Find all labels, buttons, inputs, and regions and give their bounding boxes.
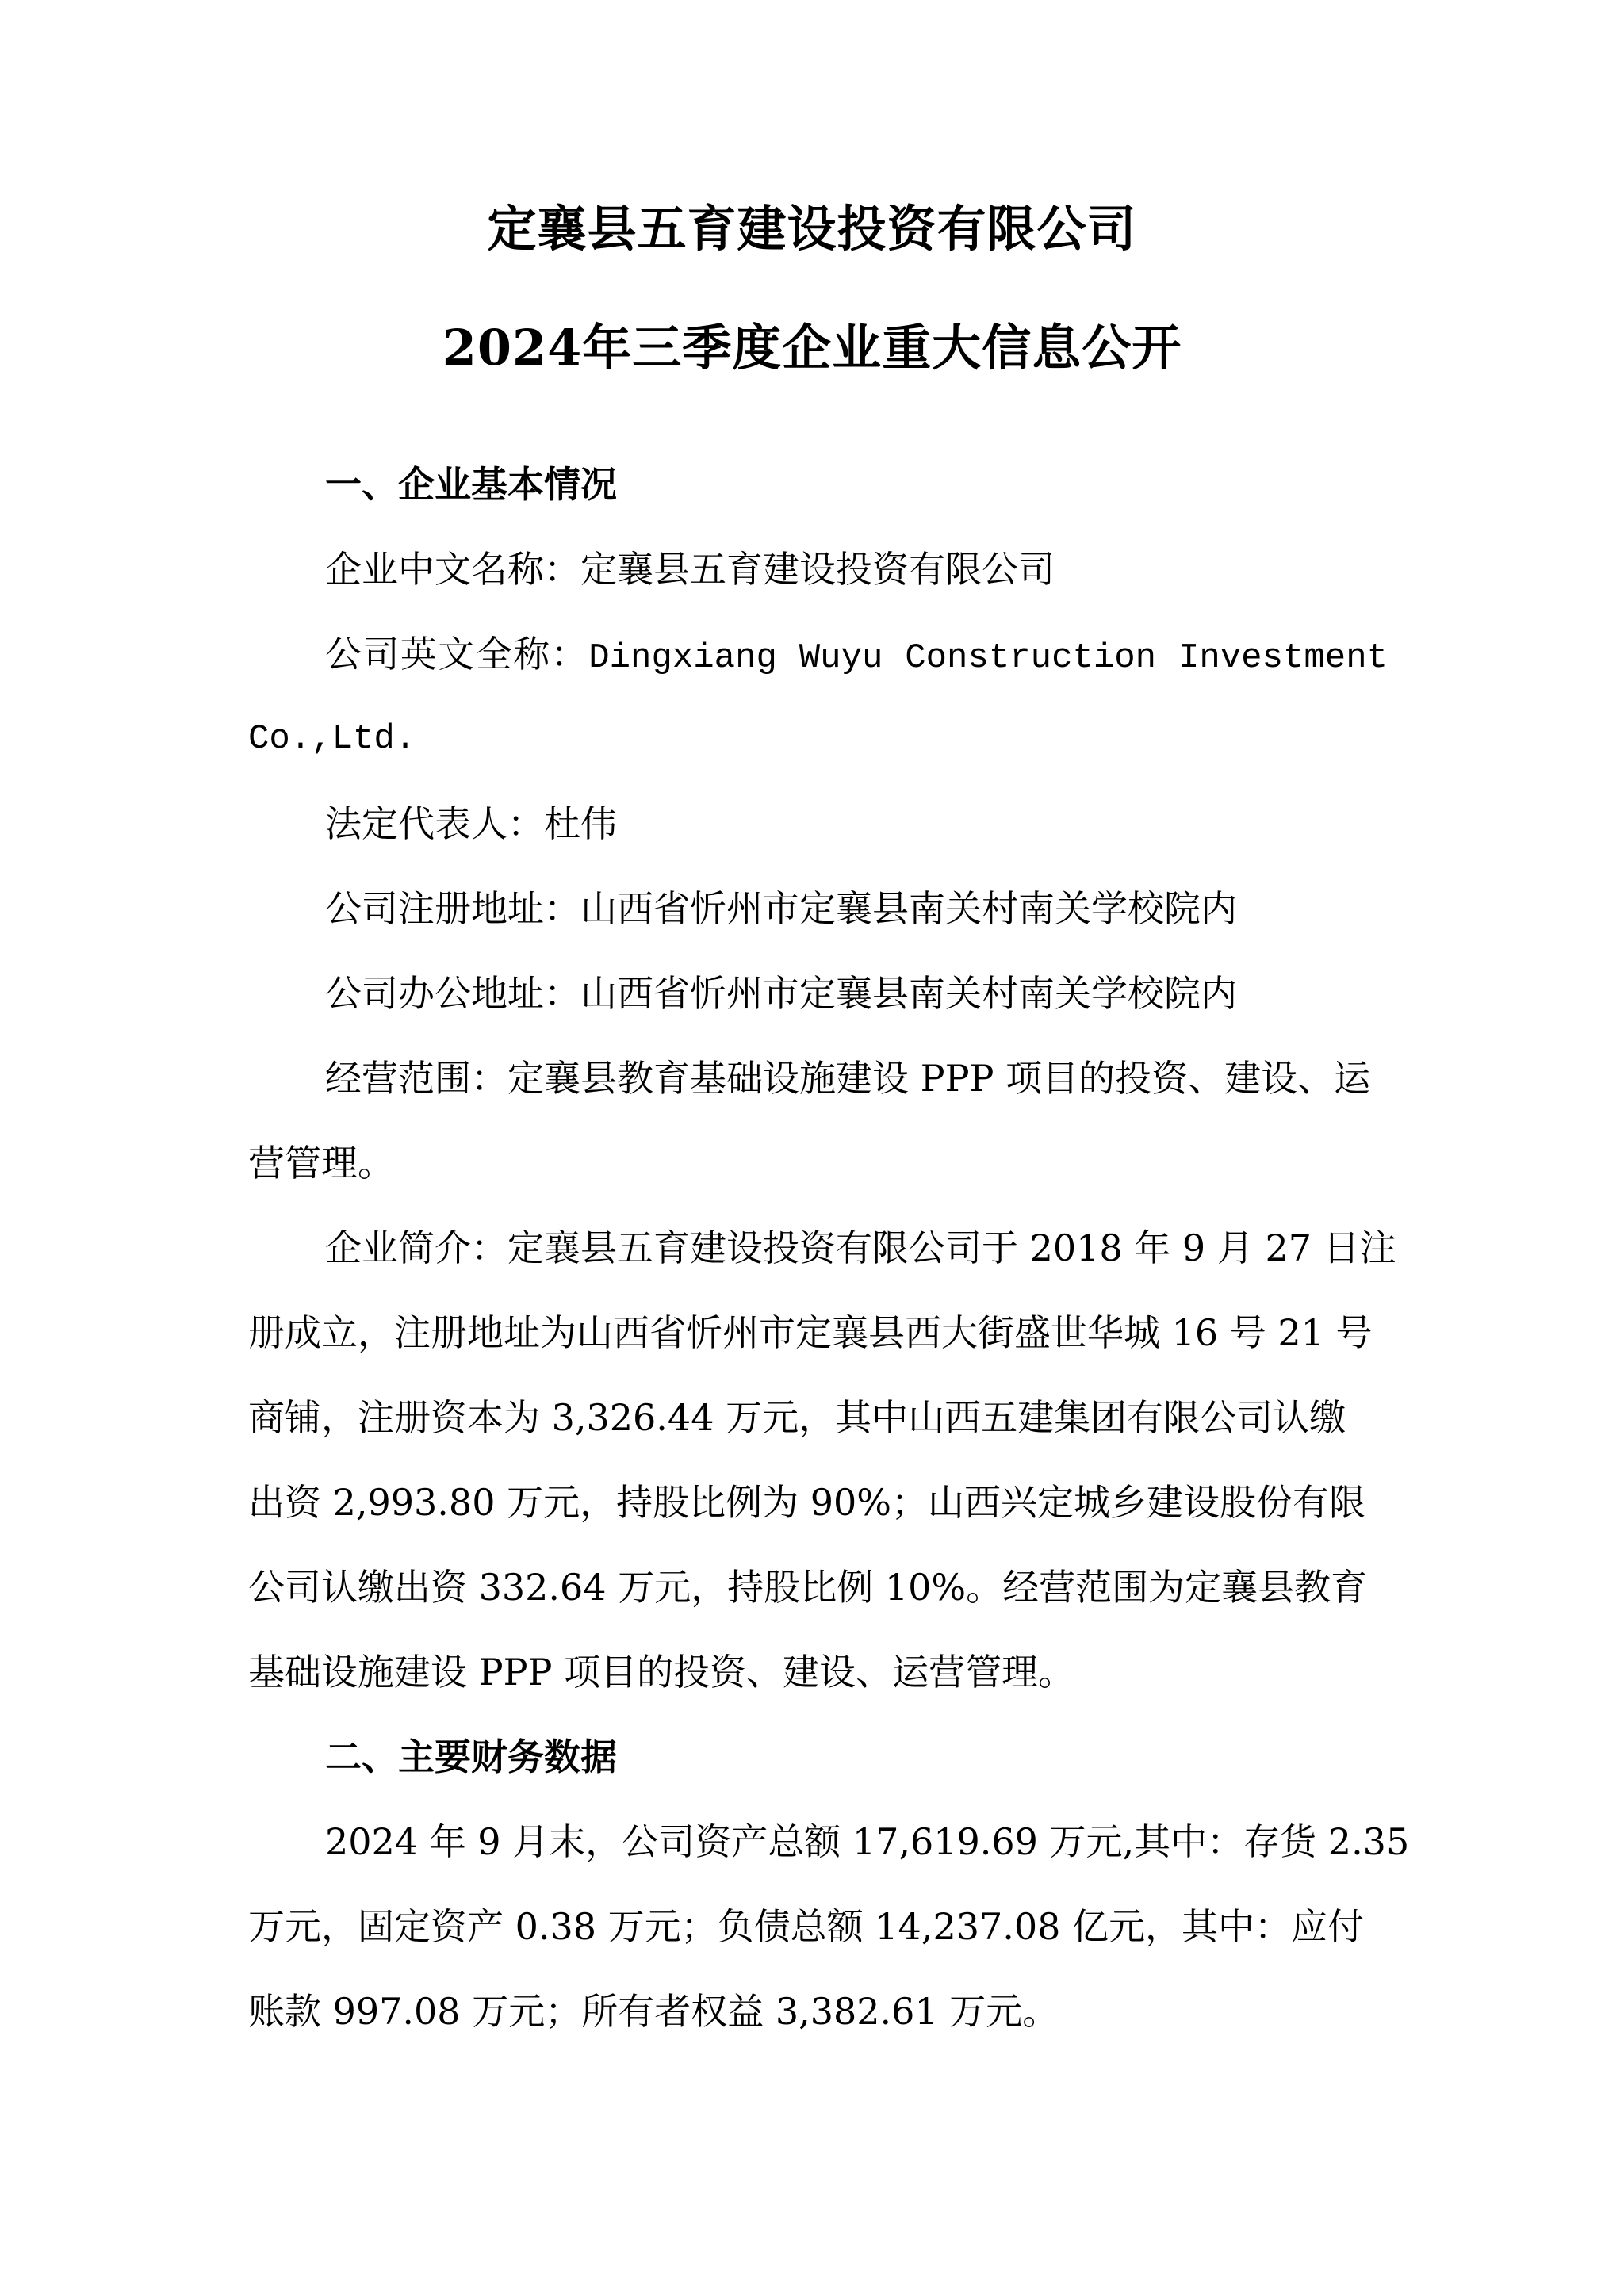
profile-line-5: 公司认缴出资 332.64 万元，持股比例 10%。经营范围为定襄县教育 — [248, 1545, 1388, 1630]
section-heading-financial-data: 二、主要财务数据 — [248, 1715, 1388, 1800]
english-name-label: 公司英文全称： — [325, 633, 588, 675]
registered-address-row: 公司注册地址：山西省忻州市定襄县南关村南关学校院内 — [248, 867, 1388, 951]
registered-address-value: 山西省忻州市定襄县南关村南关学校院内 — [580, 887, 1237, 930]
profile-line-3: 商铺，注册资本为 3,326.44 万元，其中山西五建集团有限公司认缴 — [248, 1376, 1388, 1460]
legal-rep-row: 法定代表人：杜伟 — [248, 782, 1388, 867]
english-name-row: 公司英文全称：Dingxiang Wuyu Construction Inves… — [248, 612, 1388, 697]
english-name-value-line2: Co.,Ltd. — [248, 697, 1388, 782]
business-scope-line-2: 营管理。 — [248, 1121, 1388, 1206]
profile-line-6: 基础设施建设 PPP 项目的投资、建设、运营管理。 — [248, 1630, 1388, 1715]
office-address-row: 公司办公地址：山西省忻州市定襄县南关村南关学校院内 — [248, 951, 1388, 1036]
finance-line-3: 账款 997.08 万元；所有者权益 3,382.61 万元。 — [248, 1969, 1388, 2054]
chinese-name-value: 定襄县五育建设投资有限公司 — [580, 548, 1055, 591]
profile-line-1: 企业简介：定襄县五育建设投资有限公司于 2018 年 9 月 27 日注 — [248, 1206, 1388, 1291]
legal-rep-label: 法定代表人： — [325, 802, 544, 845]
legal-rep-value: 杜伟 — [544, 802, 617, 845]
registered-address-label: 公司注册地址： — [325, 887, 580, 930]
finance-line-1: 2024 年 9 月末，公司资产总额 17,619.69 万元,其中：存货 2.… — [248, 1800, 1388, 1885]
section-heading-basic-info: 一、企业基本情况 — [248, 442, 1388, 527]
office-address-label: 公司办公地址： — [325, 972, 580, 1015]
chinese-name-row: 企业中文名称：定襄县五育建设投资有限公司 — [248, 527, 1388, 612]
document-title-report: 2024年三季度企业重大信息公开 — [0, 323, 1624, 373]
profile-line-4: 出资 2,993.80 万元，持股比例为 90%；山西兴定城乡建设股份有限 — [248, 1460, 1388, 1545]
english-name-value-line1: Dingxiang Wuyu Construction Investment — [588, 638, 1388, 678]
chinese-name-label: 企业中文名称： — [325, 548, 580, 591]
finance-line-2: 万元，固定资产 0.38 万元；负债总额 14,237.08 亿元，其中：应付 — [248, 1885, 1388, 1969]
document-page: 定襄县五育建设投资有限公司 2024年三季度企业重大信息公开 一、企业基本情况 … — [0, 0, 1624, 2296]
business-scope-line-1: 经营范围：定襄县教育基础设施建设 PPP 项目的投资、建设、运 — [248, 1036, 1388, 1121]
document-body: 一、企业基本情况 企业中文名称：定襄县五育建设投资有限公司 公司英文全称：Din… — [248, 442, 1388, 2054]
office-address-value: 山西省忻州市定襄县南关村南关学校院内 — [580, 972, 1237, 1015]
profile-line-2: 册成立，注册地址为山西省忻州市定襄县西大街盛世华城 16 号 21 号 — [248, 1291, 1388, 1376]
document-title-company: 定襄县五育建设投资有限公司 — [0, 205, 1624, 254]
